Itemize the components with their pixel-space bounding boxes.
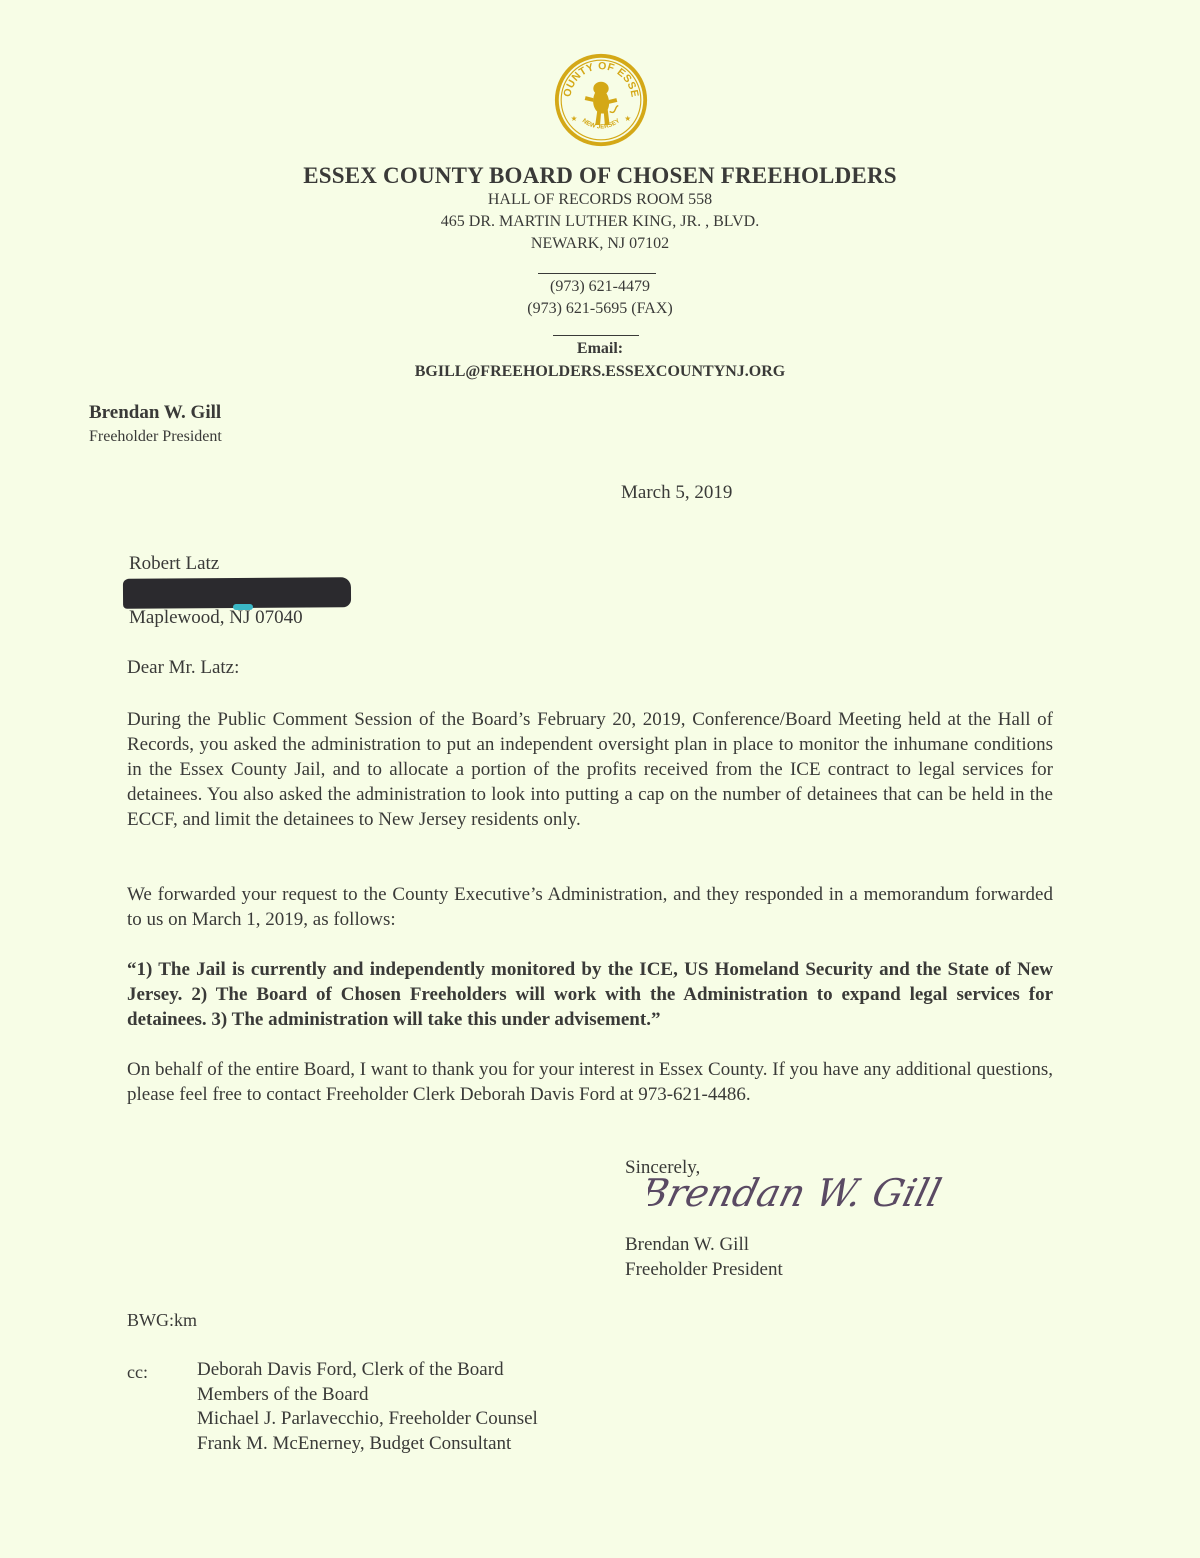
cc-recipient: Frank M. McEnerney, Budget Consultant (197, 1432, 538, 1457)
closing-name: Brendan W. Gill (625, 1234, 749, 1256)
divider-rule (538, 273, 656, 274)
fax-number: (973) 621-5695 (FAX) (0, 298, 1200, 320)
cc-recipient: Deborah Davis Ford, Clerk of the Board (197, 1358, 538, 1383)
body-paragraph-closing: On behalf of the entire Board, I want to… (127, 1057, 1053, 1107)
svg-text:★: ★ (571, 114, 578, 123)
body-paragraph-2: We forwarded your request to the County … (127, 882, 1053, 932)
handwritten-signature: Brendan W. Gill (648, 1162, 948, 1222)
address-line-2: 465 DR. MARTIN LUTHER KING, JR. , BLVD. (0, 211, 1200, 233)
divider-rule (553, 335, 639, 336)
address-line-1: HALL OF RECORDS ROOM 558 (0, 189, 1200, 211)
cc-recipient: Michael J. Parlavecchio, Freeholder Coun… (197, 1407, 538, 1432)
cc-list: Deborah Davis Ford, Clerk of the Board M… (197, 1358, 538, 1456)
letter-date: March 5, 2019 (621, 482, 732, 504)
county-seal-logo: COUNTY OF ESSEX NEW JERSEY ★ ★ (553, 52, 649, 148)
email-address: BGILL@FREEHOLDERS.ESSEXCOUNTYNJ.ORG (0, 363, 1200, 381)
recipient-city-line: Maplewood, NJ 07040 (129, 607, 303, 629)
cc-recipient: Members of the Board (197, 1383, 538, 1408)
closing-title: Freeholder President (625, 1259, 783, 1281)
svg-text:★: ★ (624, 114, 631, 123)
cc-label: cc: (127, 1362, 148, 1383)
phone-number: (973) 621-4479 (0, 276, 1200, 298)
salutation: Dear Mr. Latz: (127, 657, 239, 679)
reference-initials: BWG:km (127, 1310, 197, 1331)
organization-name: ESSEX COUNTY BOARD OF CHOSEN FREEHOLDERS (298, 163, 902, 189)
svg-text:Brendan W. Gill: Brendan W. Gill (648, 1172, 946, 1216)
body-paragraph-1: During the Public Comment Session of the… (127, 707, 1053, 832)
sender-name: Brendan W. Gill (89, 402, 221, 424)
address-line-3: NEWARK, NJ 07102 (0, 233, 1200, 255)
redaction-marker (233, 604, 253, 610)
email-label: Email: (0, 340, 1200, 358)
recipient-name: Robert Latz (129, 553, 219, 575)
quoted-response: “1) The Jail is currently and independen… (127, 957, 1053, 1032)
sender-title: Freeholder President (89, 428, 222, 446)
